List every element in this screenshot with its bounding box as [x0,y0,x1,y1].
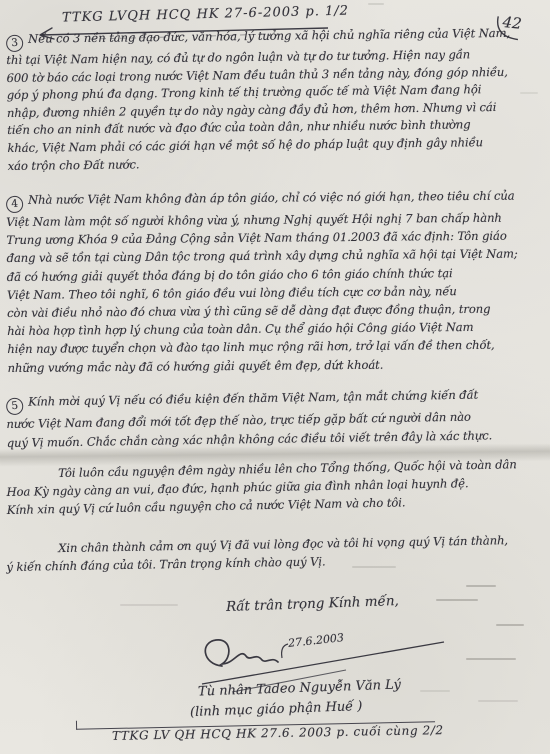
scan-noise-dash [478,700,518,702]
scan-noise-dash [352,566,396,568]
scan-noise-dash [496,624,524,626]
text-line: những vướng mắc này đã có hướng giải quy… [7,354,550,377]
paragraph: 5Kính mời quý Vị nếu có điều kiện đến th… [6,384,550,452]
paragraph: Xin chân thành cảm ơn quý Vị đã vui lòng… [6,532,550,577]
scan-noise-dash [436,599,478,601]
scan-noise-dash [368,3,384,5]
paragraph-number: 5 [5,397,24,416]
paragraph: 4Nhà nước Việt Nam không đàn áp tôn giáo… [6,186,550,377]
paragraph-number: 4 [5,195,24,214]
scan-noise-dash [520,92,538,94]
text-line: Kính mời quý Vị nếu có điều kiện đến thă… [28,388,478,409]
paragraph: 3Nếu có 3 nền tảng đạo đức, văn hóa, lý … [6,24,550,175]
text-line: Nhà nước Việt Nam không đàn áp tôn giáo,… [28,189,515,207]
scanned-letter-page: TTKG LVQH HCQ HK 27-6-2003 p. 1/2 42 3Nế… [0,0,550,754]
scan-noise-dash [466,658,516,660]
scan-noise-dash [420,690,450,692]
header-code: TTKG LVQH HCQ HK 27-6-2003 p. 1/2 [62,3,349,25]
paragraph-number: 3 [5,34,24,53]
scan-noise-dash [120,604,178,606]
scan-noise-dash [466,585,496,587]
paragraph: Tôi luôn cầu nguyện đêm ngày nhiều lên c… [6,456,550,520]
